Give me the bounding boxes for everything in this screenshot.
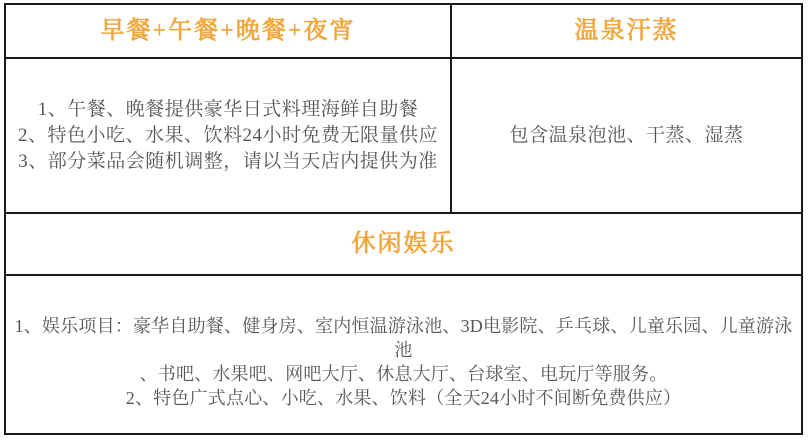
meal-note-line: 2、特色小吃、水果、饮料24小时免费无限量供应 (18, 123, 438, 149)
spa-header-cell: 温泉汗蒸 (452, 5, 801, 57)
meal-note-line: 1、午餐、晚餐提供豪华日式料理海鲜自助餐 (18, 97, 438, 123)
entertainment-line: 1、娱乐项目：豪华自助餐、健身房、室内恒温游泳池、3D电影院、乒乓球、儿童乐园、… (6, 314, 801, 362)
details-row: 1、午餐、晚餐提供豪华日式料理海鲜自助餐 2、特色小吃、水果、饮料24小时免费无… (6, 57, 801, 212)
hotel-package-table: 早餐+午餐+晚餐+夜宵 温泉汗蒸 1、午餐、晚餐提供豪华日式料理海鲜自助餐 2、… (4, 3, 803, 435)
entertainment-notes: 1、娱乐项目：豪华自助餐、健身房、室内恒温游泳池、3D电影院、乒乓球、儿童乐园、… (6, 314, 801, 410)
spa-description: 包含温泉泡池、干蒸、湿蒸 (509, 123, 743, 149)
meal-plan-header: 早餐+午餐+晚餐+夜宵 (100, 19, 355, 43)
meal-note-line: 3、部分菜品会随机调整，请以当天店内提供为准 (18, 149, 438, 175)
entertainment-header-cell: 休闲娱乐 (6, 212, 801, 274)
entertainment-details-cell: 1、娱乐项目：豪华自助餐、健身房、室内恒温游泳池、3D电影院、乒乓球、儿童乐园、… (6, 274, 801, 433)
page: 早餐+午餐+晚餐+夜宵 温泉汗蒸 1、午餐、晚餐提供豪华日式料理海鲜自助餐 2、… (0, 0, 808, 442)
meal-header-cell: 早餐+午餐+晚餐+夜宵 (6, 5, 452, 57)
meal-details-cell: 1、午餐、晚餐提供豪华日式料理海鲜自助餐 2、特色小吃、水果、饮料24小时免费无… (6, 59, 452, 212)
entertainment-header: 休闲娱乐 (352, 232, 456, 256)
entertainment-line: 、书吧、水果吧、网吧大厅、休息大厅、台球室、电玩厅等服务。 (6, 362, 801, 386)
meal-notes: 1、午餐、晚餐提供豪华日式料理海鲜自助餐 2、特色小吃、水果、饮料24小时免费无… (18, 97, 438, 175)
entertainment-line: 2、特色广式点心、小吃、水果、饮料（全天24小时不间断免费供应） (6, 386, 801, 410)
spa-header: 温泉汗蒸 (575, 19, 679, 43)
spa-details-cell: 包含温泉泡池、干蒸、湿蒸 (452, 59, 801, 212)
header-row: 早餐+午餐+晚餐+夜宵 温泉汗蒸 (6, 5, 801, 57)
